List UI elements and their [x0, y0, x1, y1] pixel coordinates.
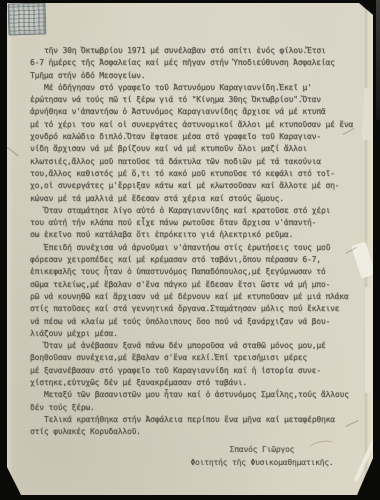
- paragraph: Ὅταν μέ ἀνέβασαν ξανά πάνω δέν μποροῦσα …: [30, 340, 353, 389]
- document-line: λιάζουν μέχρι μέσα.: [30, 328, 353, 340]
- document-line: χονδρό καλώδιο διπλό.Ὅταν ἔφτασε μέσα στ…: [30, 131, 353, 143]
- page-left-edge: [7, 3, 14, 495]
- document-line: Ὅταν σταμάτησε λίγο αὐτό ὁ Καραγιαννίδης…: [30, 205, 353, 217]
- document-line: 6-7 ἡμέρες τῆς Ἀσφαλείας καί μές πῆγαν σ…: [30, 57, 353, 69]
- document-line: δέν τούς ξέρω.: [30, 402, 353, 414]
- document-line: φόρεσαν χειροπέδες καί μέ κρέμασαν στό τ…: [30, 254, 353, 266]
- document-line: Τμῆμα στήν ὁδό Μεσογείων.: [30, 70, 353, 82]
- paragraph: Ἐπειδή συνέχισα νά ἀρνοῦμαι ν'ἀπαντήσω σ…: [30, 242, 353, 340]
- document-line: χίστηκε,εὐτυχῶς δέν μέ ξανακρέμασαν στό …: [30, 377, 353, 389]
- document-line: ἐρώτησαν νά τούς πῶ τί ξέρω γιά τό "Κίνη…: [30, 94, 353, 106]
- paragraph: Μέ ὁδήγησαν στό γραφεῖο τοῦ Ἀστυνόμου Κα…: [30, 82, 353, 205]
- document-line: κώναν μέ τά μαλλιά μέ ἔδεσαν στά χέρια κ…: [30, 193, 353, 205]
- document-line: ρῶ νά κουνηθῶ καί ἄρχισαν νά μέ δέρνουν …: [30, 291, 353, 303]
- mount-edge-shadow: [376, 0, 380, 120]
- document-line: στίς πατοῦσες καί στά γεννητικά ὄργανα.Σ…: [30, 303, 353, 315]
- document-line: στίς φυλακές Κορυδαλλοῦ.: [30, 426, 353, 438]
- document-line: ἐπικεφαλῆς τους ἦταν ὁ ὑπαστυνόμος Παπαδ…: [30, 266, 353, 278]
- document-line: Ὅταν μέ ἀνέβασαν ξανά πάνω δέν μποροῦσα …: [30, 340, 353, 352]
- document-line: χο,οἱ συνεργάτες μ'ἔρριξαν κάτω καί μέ κ…: [30, 180, 353, 192]
- document-line: μέ ξανανέβασαν στό γραφεῖο τοῦ Καραγιανν…: [30, 365, 353, 377]
- paragraph: τῆν 30η Ὀκτωβρίου 1971 μέ συνέλαβαν στό …: [30, 45, 353, 82]
- document-line: Ἐπειδή συνέχισα νά ἀρνοῦμαι ν'ἀπαντήσω σ…: [30, 242, 353, 254]
- paragraph: Τελικά κρατήθηκα στήν Ἀσφάλεια περίπου ἕ…: [30, 414, 353, 439]
- document-line: σῶμα τελείως,μέ ἔβαλαν σ'ἕνα πάγκο μέ ἔδ…: [30, 279, 353, 291]
- document-line: τῆν 30η Ὀκτωβρίου 1971 μέ συνέλαβαν στό …: [30, 45, 353, 57]
- document-line: του,ἄλλος καθιστός μέ ὅ,τι τό κακό μοῦ κ…: [30, 168, 353, 180]
- archive-stamp-icon: [8, 3, 47, 36]
- document-line: Μέ ὁδήγησαν στό γραφεῖο τοῦ Ἀστυνόμου Κα…: [30, 82, 353, 94]
- document-line: κλωτσιές,ἄλλος μοῦ πατοῦσε τά δάκτυλα τῶ…: [30, 156, 353, 168]
- paragraph: Μεταξύ τῶν βασανιστῶν μου ἦταν καί ὁ ἀστ…: [30, 389, 353, 414]
- document-line: Τελικά κρατήθηκα στήν Ἀσφάλεια περίπου ἕ…: [30, 414, 353, 426]
- paragraph: Ὅταν σταμάτησε λίγο αὐτό ὁ Καραγιαννίδης…: [30, 205, 353, 242]
- document-line: ἀρνήθηκα ν'ἀπαντήσω ὁ Ἀστυνόμος Καραγιαν…: [30, 106, 353, 118]
- document-line: μέ τό χέρι του καί οἱ συνεργάτες ἀστυνομ…: [30, 119, 353, 131]
- document-line: νίδη ἄρχισαν νά μέ βρίζουν καί νά μέ κτυ…: [30, 143, 353, 155]
- document-body: τῆν 30η Ὀκτωβρίου 1971 μέ συνέλαβαν στό …: [30, 45, 353, 439]
- document-line: Μεταξύ τῶν βασανιστῶν μου ἦταν καί ὁ ἀστ…: [30, 389, 353, 401]
- scanned-document-page: τῆν 30η Ὀκτωβρίου 1971 μέ συνέλαβαν στό …: [7, 3, 373, 495]
- document-line: νά πέσω νά κλαίω μέ τούς ὑπόλοιπους ὅσο …: [30, 316, 353, 328]
- document-line: βοηθοῦσαν συνέχεια,μέ ἔβαλαν σ'ἕνα κελί.…: [30, 352, 353, 364]
- document-line: σω ἐκεῖνο πού κατάλαβα ὅτι ἐπρόκειτο γιά…: [30, 229, 353, 241]
- document-line: του αὐτή τήν κλάπα πού εἶχε πάνω ρωτοῦσε…: [30, 217, 353, 229]
- signature-block: Σπανός Γιῶργος Φοιτητής τῆς Φυσικομαθημα…: [172, 443, 352, 469]
- paper-tear: [365, 287, 373, 393]
- signature-name: Σπανός Γιῶργος: [172, 443, 352, 456]
- signature-title: Φοιτητής τῆς Φυσικομαθηματικῆς.: [172, 456, 352, 469]
